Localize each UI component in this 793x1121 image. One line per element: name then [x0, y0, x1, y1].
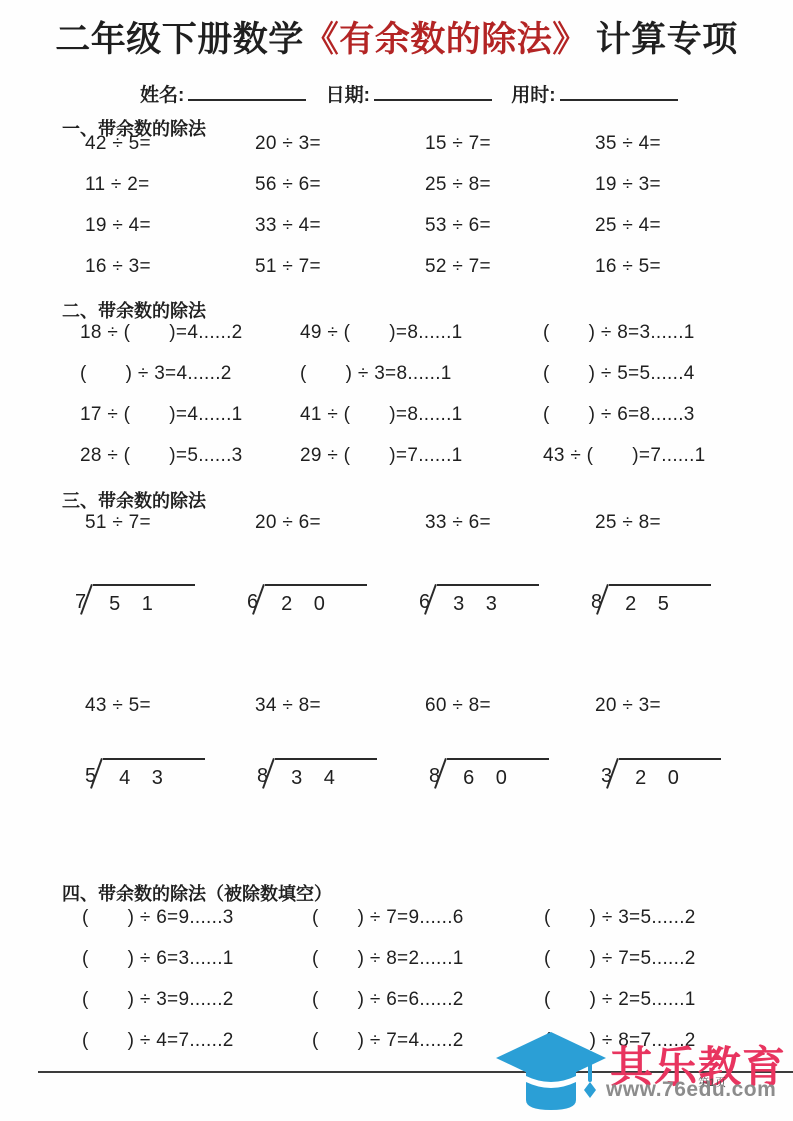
problem: 34 ÷ 8= — [255, 695, 425, 717]
section2-heading: 二、带余数的除法 — [62, 297, 206, 323]
problem: ( ) ÷ 4=7......2 — [82, 1030, 312, 1071]
problem: 20 ÷ 3= — [255, 133, 425, 174]
problem: 43 ÷ ( )=7......1 — [543, 445, 706, 486]
problem: ( ) ÷ 6=8......3 — [543, 404, 706, 445]
page-title: 二年级下册数学《有余数的除法》计算专项 — [0, 12, 793, 62]
dividend: 3 4 — [275, 758, 377, 792]
longdiv-problem: 86 0 — [429, 758, 601, 792]
section3-equations-row2: 43 ÷ 5= 34 ÷ 8= 60 ÷ 8= 20 ÷ 3= — [85, 695, 770, 717]
section3-longdiv-row2: 54 3 83 4 86 0 32 0 — [85, 758, 776, 792]
problem: 17 ÷ ( )=4......1 — [80, 404, 300, 445]
dividend: 5 1 — [93, 584, 195, 618]
name-label: 姓名: — [140, 85, 184, 106]
problem: 43 ÷ 5= — [85, 695, 255, 717]
brand-logo: 其乐教育 第1页 www.76edu.com — [492, 1026, 792, 1118]
problem: 15 ÷ 7= — [425, 133, 595, 174]
dividend: 2 0 — [265, 584, 367, 618]
problem: ( ) ÷ 3=5......2 — [544, 907, 696, 948]
dividend: 2 0 — [619, 758, 721, 792]
section4-heading: 四、带余数的除法（被除数填空） — [62, 880, 332, 906]
longdiv-problem: 63 3 — [419, 584, 591, 618]
problem: ( ) ÷ 5=5......4 — [543, 363, 706, 404]
section3-longdiv-row1: 75 1 62 0 63 3 82 5 — [75, 584, 766, 618]
problem: ( ) ÷ 8=3......1 — [543, 322, 706, 363]
problem: 41 ÷ ( )=8......1 — [300, 404, 543, 445]
problem: 29 ÷ ( )=7......1 — [300, 445, 543, 486]
problem: 51 ÷ 7= — [85, 512, 255, 534]
student-info-line: 姓名: 日期: 用时: — [140, 80, 678, 107]
problem: ( ) ÷ 3=4......2 — [80, 363, 300, 404]
problem: 42 ÷ 5= — [85, 133, 255, 174]
problem: 20 ÷ 3= — [595, 695, 770, 717]
problem: ( ) ÷ 6=3......1 — [82, 948, 312, 989]
longdiv-problem: 54 3 — [85, 758, 257, 792]
problem: 11 ÷ 2= — [85, 174, 255, 215]
longdiv-problem: 75 1 — [75, 584, 247, 618]
longdiv-problem: 32 0 — [601, 758, 776, 792]
problem: 25 ÷ 4= — [595, 215, 770, 256]
problem: 52 ÷ 7= — [425, 256, 595, 297]
problem: 49 ÷ ( )=8......1 — [300, 322, 543, 363]
longdiv-problem: 83 4 — [257, 758, 429, 792]
section3-equations-row1: 51 ÷ 7= 20 ÷ 6= 33 ÷ 6= 25 ÷ 8= — [85, 512, 770, 534]
problem: 20 ÷ 6= — [255, 512, 425, 534]
title-segment-right: 计算专项 — [596, 20, 738, 59]
date-label: 日期: — [326, 85, 370, 106]
time-label: 用时: — [511, 85, 555, 106]
problem: 56 ÷ 6= — [255, 174, 425, 215]
graduation-cap-icon — [492, 1028, 610, 1116]
time-blank-line — [560, 85, 678, 101]
longdiv-problem: 62 0 — [247, 584, 419, 618]
date-blank-line — [374, 85, 492, 101]
problem: 60 ÷ 8= — [425, 695, 595, 717]
problem: 33 ÷ 6= — [425, 512, 595, 534]
problem: ( ) ÷ 3=8......1 — [300, 363, 543, 404]
problem: 33 ÷ 4= — [255, 215, 425, 256]
worksheet-page: 二年级下册数学《有余数的除法》计算专项 姓名: 日期: 用时: 一、带余数的除法… — [0, 0, 793, 1121]
problem: 53 ÷ 6= — [425, 215, 595, 256]
dividend: 4 3 — [103, 758, 205, 792]
problem: 51 ÷ 7= — [255, 256, 425, 297]
problem: ( ) ÷ 7=9......6 — [312, 907, 544, 948]
dividend: 3 3 — [437, 584, 539, 618]
brand-url: www.76edu.com — [606, 1078, 776, 1102]
problem: 35 ÷ 4= — [595, 133, 770, 174]
problem: ( ) ÷ 3=9......2 — [82, 989, 312, 1030]
problem: ( ) ÷ 6=9......3 — [82, 907, 312, 948]
problem: 19 ÷ 4= — [85, 215, 255, 256]
section1-problems: 42 ÷ 5= 20 ÷ 3= 15 ÷ 7= 35 ÷ 4= 11 ÷ 2= … — [85, 133, 770, 297]
problem: 18 ÷ ( )=4......2 — [80, 322, 300, 363]
problem: ( ) ÷ 8=2......1 — [312, 948, 544, 989]
section2-problems: 18 ÷ ( )=4......2 49 ÷ ( )=8......1 ( ) … — [80, 322, 706, 486]
dividend: 2 5 — [609, 584, 711, 618]
problem: ( ) ÷ 6=6......2 — [312, 989, 544, 1030]
problem: 25 ÷ 8= — [595, 512, 770, 534]
title-segment-red: 《有余数的除法》 — [304, 20, 588, 59]
problem: 25 ÷ 8= — [425, 174, 595, 215]
longdiv-problem: 82 5 — [591, 584, 766, 618]
problem: ( ) ÷ 7=5......2 — [544, 948, 696, 989]
dividend: 6 0 — [447, 758, 549, 792]
problem: 16 ÷ 5= — [595, 256, 770, 297]
name-blank-line — [188, 85, 306, 101]
title-segment-left: 二年级下册数学 — [55, 20, 304, 59]
problem: 16 ÷ 3= — [85, 256, 255, 297]
problem: 19 ÷ 3= — [595, 174, 770, 215]
section3-heading: 三、带余数的除法 — [62, 487, 206, 513]
problem: 28 ÷ ( )=5......3 — [80, 445, 300, 486]
problem: ( ) ÷ 2=5......1 — [544, 989, 696, 1030]
